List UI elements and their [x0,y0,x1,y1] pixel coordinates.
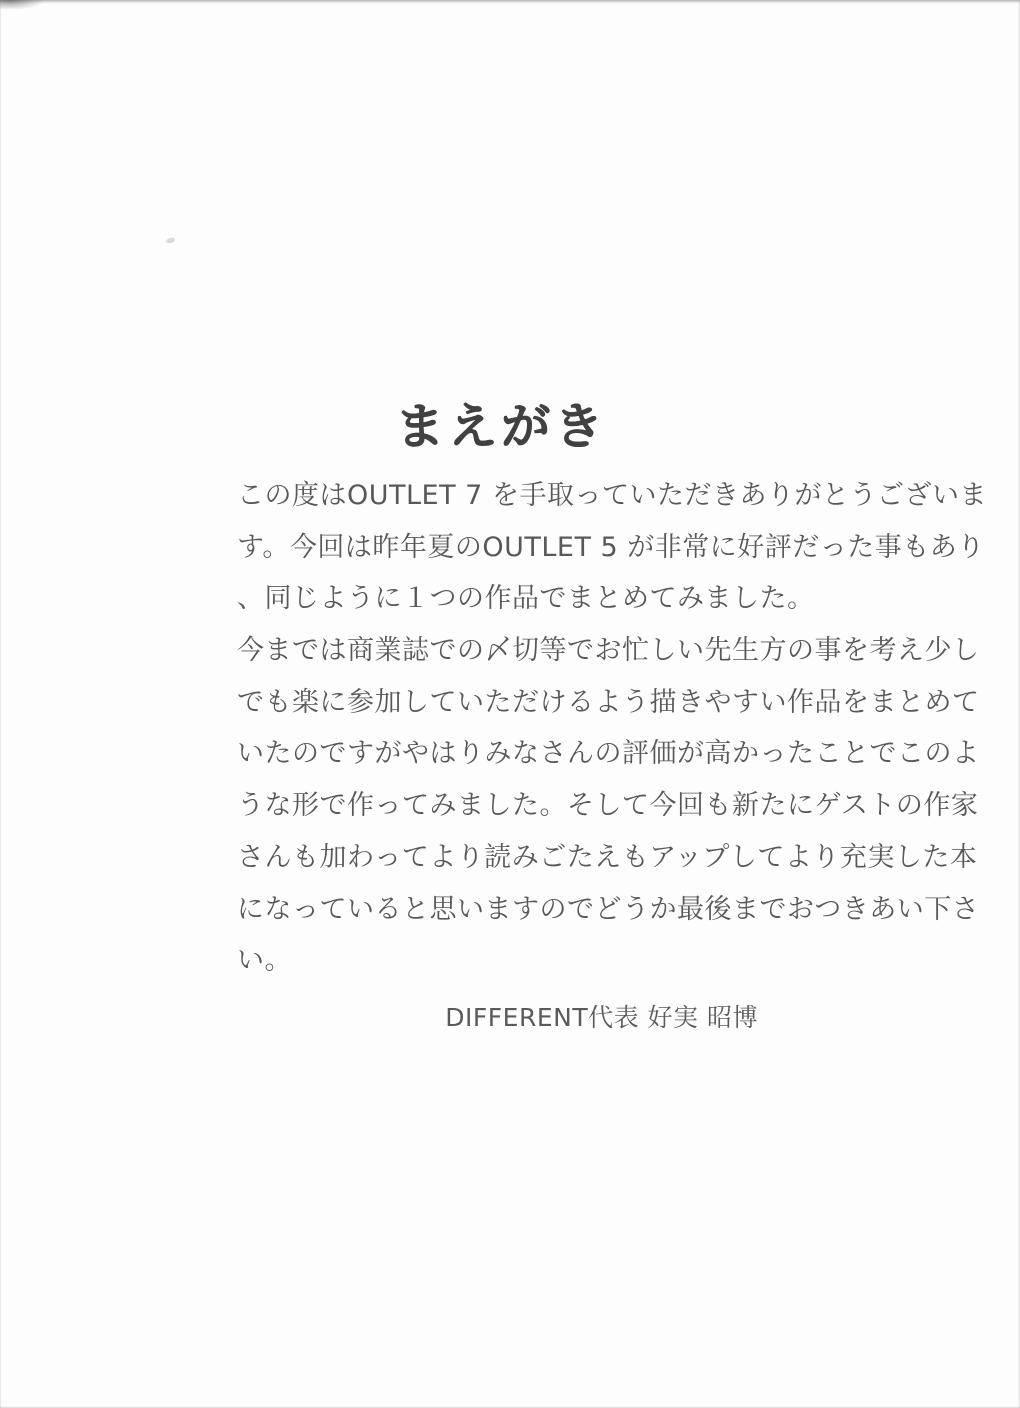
preface-line: い。 [237,935,777,987]
author-signature: DIFFERENT代表 好実 昭博 [237,998,758,1034]
preface-line: この度はOUTLET 7 を手取っていただきありがとうございま [237,470,777,522]
scanned-preface-page: まえがき この度はOUTLET 7 を手取っていただきありがとうございま す。今… [0,0,1020,1408]
preface-line: になっていると思いますのでどうか最後までおつきあい下さ [237,884,777,936]
preface-line: 今までは商業誌での〆切等でお忙しい先生方の事を考え少し [237,625,777,677]
page-title: まえがき [237,388,765,458]
scan-artifact-speck [166,237,176,244]
preface-line: うな形で作ってみました。そして今回も新たにゲストの作家 [237,780,777,832]
preface-line: す。今回は昨年夏のOUTLET 5 が非常に好評だった事もあり [237,522,777,574]
preface-paragraph: この度はOUTLET 7 を手取っていただきありがとうございま す。今回は昨年夏… [237,470,777,987]
preface-line: でも楽に参加していただけるよう描きやすい作品をまとめて [237,677,777,729]
preface-line: いたのですがやはりみなさんの評価が高かったことでこのよ [237,728,777,780]
preface-line: さんも加わってより読みごたえもアップしてより充実した本 [237,832,777,884]
preface-line: 、同じように１つの作品でまとめてみました。 [237,573,777,625]
scan-edge-shadow [0,0,1020,4]
scan-corner-smudge [0,0,46,10]
